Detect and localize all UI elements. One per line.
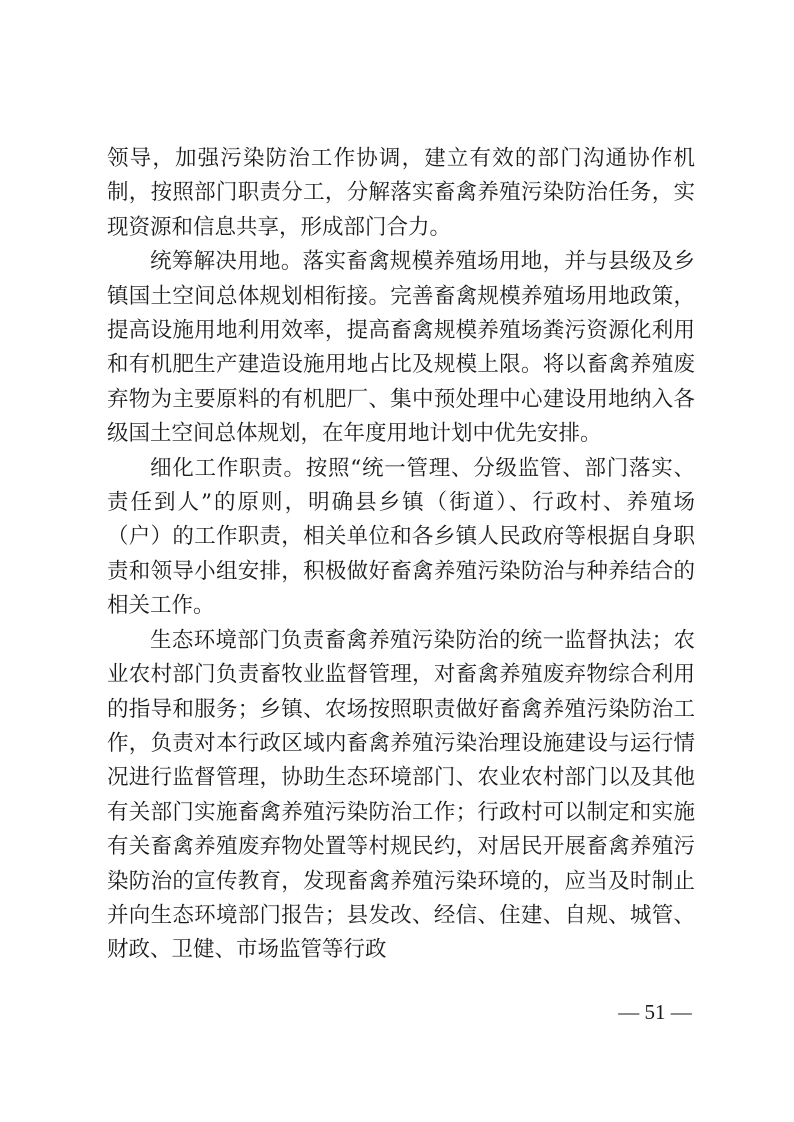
page-number: — 51 — bbox=[610, 1000, 700, 1025]
paragraph-land-use: 统筹解决用地。落实畜禽规模养殖场用地，并与县级及乡镇国土空间总体规划相衔接。完善… bbox=[107, 245, 695, 451]
body-text: 领导，加强污染防治工作协调，建立有效的部门沟通协作机制，按照部门职责分工，分解落… bbox=[107, 142, 695, 968]
document-page: 领导，加强污染防治工作协调，建立有效的部门沟通协作机制，按照部门职责分工，分解落… bbox=[0, 0, 794, 1122]
paragraph-coordination: 领导，加强污染防治工作协调，建立有效的部门沟通协作机制，按照部门职责分工，分解落… bbox=[107, 142, 695, 245]
paragraph-department-duties: 生态环境部门负责畜禽养殖污染防治的统一监督执法；农业农村部门负责畜牧业监督管理，… bbox=[107, 624, 695, 968]
paragraph-responsibilities: 细化工作职责。按照“统一管理、分级监管、部门落实、责任到人”的原则，明确县乡镇（… bbox=[107, 452, 695, 624]
